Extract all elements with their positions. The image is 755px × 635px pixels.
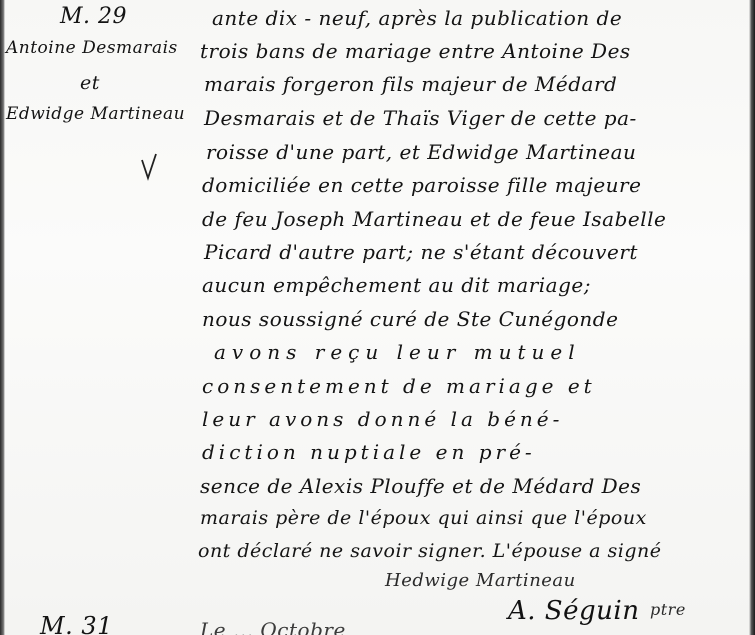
next-entry-number: M. 31 [40,612,113,635]
next-entry-fragment: Le ... Octobre [200,618,346,635]
body-line: roisse d'une part, et Edwidge Martineau [206,140,636,164]
body-line: ante dix - neuf, après la publication de [212,6,622,30]
body-line: ont déclaré ne savoir signer. L'épouse a… [198,540,661,562]
body-line: diction nuptiale en pré- [202,440,536,464]
priest-signature: A. Séguin [508,596,639,626]
body-line: leur avons donné la béné- [202,407,563,431]
body-line: de feu Joseph Martineau et de feue Isabe… [202,207,666,231]
body-line: marais père de l'époux qui ainsi que l'é… [200,507,647,529]
body-line: domiciliée en cette paroisse fille majeu… [202,173,641,197]
body-line: Picard d'autre part; ne s'étant découver… [204,240,638,264]
checkmark-icon [140,152,160,182]
bride-signature: Hedwige Martineau [385,570,576,591]
register-page: M. 29 Antoine Desmarais et Edwidge Marti… [0,0,755,635]
groom-name: Antoine Desmarais [6,38,178,58]
priest-title: ptre [650,600,686,619]
entry-number: M. 29 [60,4,127,29]
body-line: avons reçu leur mutuel [214,340,581,364]
bride-name: Edwidge Martineau [6,104,185,124]
body-line: trois bans de mariage entre Antoine Des [200,39,631,63]
page-edge-left [0,0,5,635]
body-line: consentement de mariage et [202,374,596,398]
body-line: sence de Alexis Plouffe et de Médard Des [200,474,641,498]
conjunction: et [80,72,100,94]
body-line: nous soussigné curé de Ste Cunégonde [202,307,618,331]
page-edge-right [749,0,755,635]
body-line: Desmarais et de Thaïs Viger de cette pa- [204,106,637,130]
body-line: aucun empêchement au dit mariage; [202,273,591,297]
body-line: marais forgeron fils majeur de Médard [204,72,617,96]
